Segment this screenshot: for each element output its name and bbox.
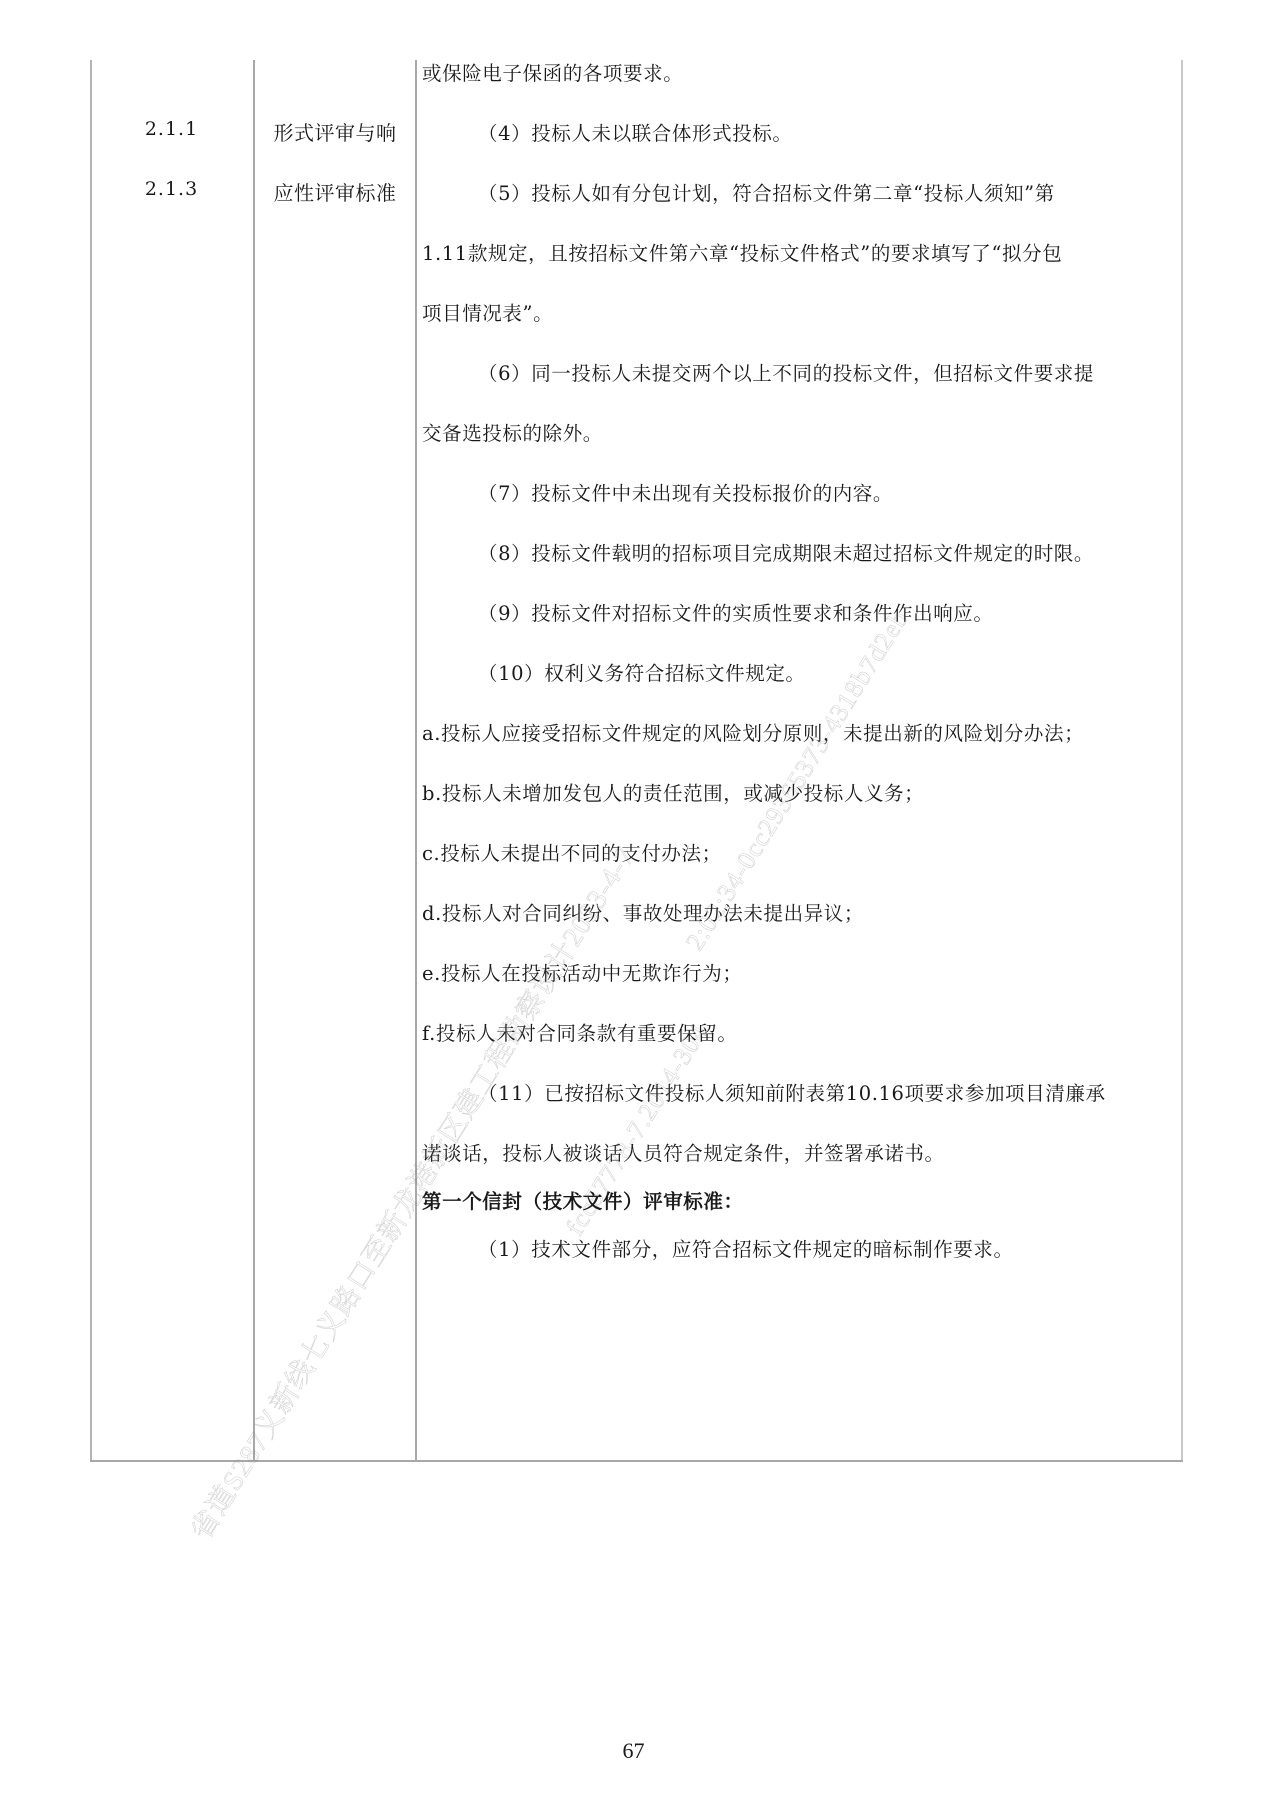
content-line: （5）投标人如有分包计划，符合招标文件第二章“投标人须知”第	[478, 178, 1055, 206]
content-line: 项目情况表”。	[422, 298, 553, 326]
content-line: （8）投标文件载明的招标项目完成期限未超过招标文件规定的时限。	[478, 538, 1094, 566]
table-column-divider-2	[415, 60, 417, 1462]
content-line: 诺谈话，投标人被谈话人员符合规定条件，并签署承诺书。	[422, 1138, 945, 1166]
content-line: b.投标人未增加发包人的责任范围，或减少投标人义务；	[422, 778, 924, 806]
content-line: a.投标人应接受招标文件规定的风险划分原则，未提出新的风险划分办法；	[422, 718, 1084, 746]
content-line: （1）技术文件部分，应符合招标文件规定的暗标制作要求。	[478, 1234, 1014, 1262]
page-number: 67	[0, 1738, 1267, 1764]
clause-number: 2.1.3	[90, 178, 253, 200]
content-line: c.投标人未提出不同的支付办法；	[422, 838, 722, 866]
content-line: （4）投标人未以联合体形式投标。	[478, 118, 793, 146]
content-line: （7）投标文件中未出现有关投标报价的内容。	[478, 478, 893, 506]
content-line: e.投标人在投标活动中无欺诈行为；	[422, 958, 742, 986]
clause-number: 2.1.1	[90, 118, 253, 140]
evaluation-criteria-table: 2.1.1 2.1.3 形式评审与响 应性评审标准 或保险电子保函的各项要求。 …	[90, 60, 1182, 1460]
content-line: 交备选投标的除外。	[422, 418, 603, 446]
content-line: （9）投标文件对招标文件的实质性要求和条件作出响应。	[478, 598, 994, 626]
content-line: d.投标人对合同纠纷、事故处理办法未提出异议；	[422, 898, 864, 926]
content-line: （10）权利义务符合招标文件规定。	[478, 658, 806, 686]
clause-title-line: 应性评审标准	[255, 177, 415, 206]
content-line: 1.11款规定，且按招标文件第六章“投标文件格式”的要求填写了“拟分包	[422, 238, 1062, 266]
content-line: （6）同一投标人未提交两个以上不同的投标文件，但招标文件要求提	[478, 358, 1094, 386]
table-column-divider-1	[253, 60, 255, 1462]
table-border-right	[1181, 60, 1183, 1462]
table-border-left	[90, 60, 92, 1462]
content-line: 或保险电子保函的各项要求。	[422, 58, 683, 86]
content-line: （11）已按招标文件投标人须知前附表第10.16项要求参加项目清廉承	[478, 1078, 1106, 1106]
document-page: 2.1.1 2.1.3 形式评审与响 应性评审标准 或保险电子保函的各项要求。 …	[0, 0, 1267, 1793]
clause-title-line: 形式评审与响	[255, 117, 415, 146]
